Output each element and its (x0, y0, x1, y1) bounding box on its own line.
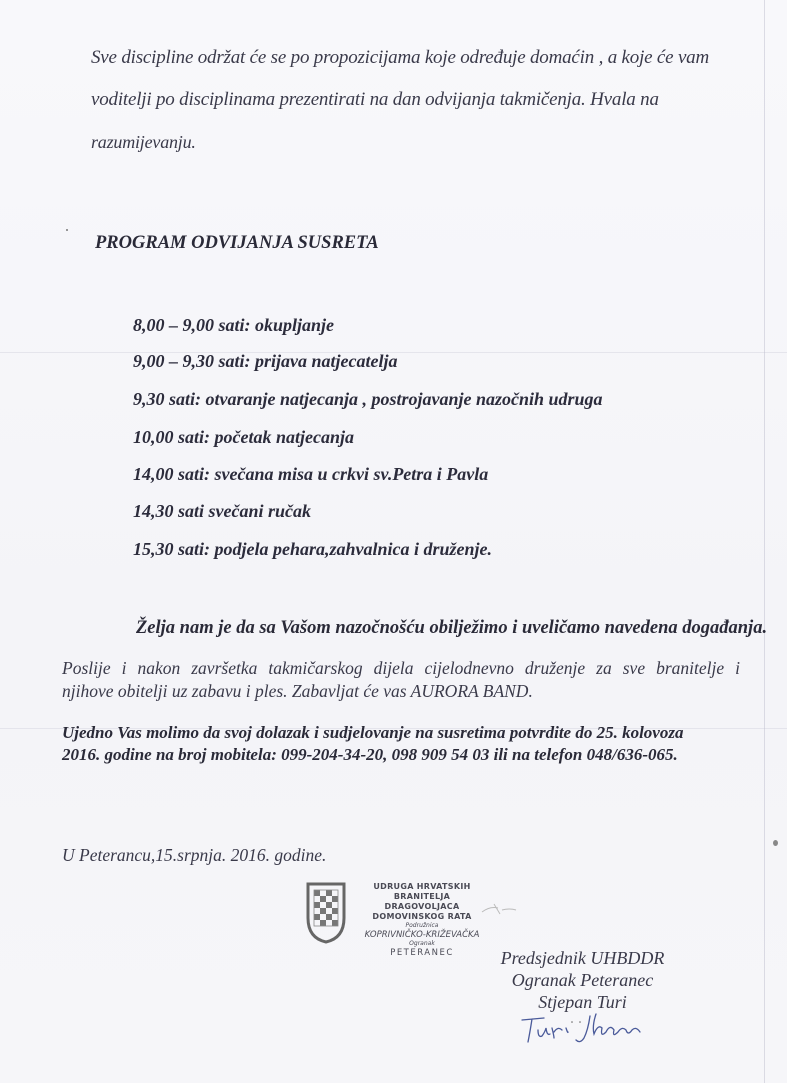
scanned-letter-page: Sve discipline održat će se po propozici… (0, 0, 787, 1083)
handwritten-signature-icon (518, 1010, 658, 1050)
paper-edge (764, 0, 765, 1083)
program-item: 10,00 sati: početak natjecanja (133, 427, 354, 448)
after-party-line: Poslije i nakon završetka takmičarskog d… (62, 658, 740, 679)
stamp-line: Podružnica (352, 922, 492, 930)
stamp-line: UDRUGA HRVATSKIH BRANITELJA (352, 882, 492, 902)
scan-speck (773, 840, 778, 846)
program-item: 14,30 sati svečani ručak (133, 501, 311, 522)
stamp-line: Ogranak (352, 940, 492, 948)
signature-block: Predsjednik UHBDDR Ogranak Peteranec Stj… (480, 947, 685, 1013)
program-item: 15,30 sati: podjela pehara,zahvalnica i … (133, 539, 492, 560)
program-heading: PROGRAM ODVIJANJA SUSRETA (95, 233, 379, 254)
scan-speck (66, 229, 68, 231)
wish-statement: Želja nam je da sa Vašom nazočnošću obil… (136, 618, 767, 639)
stamp-line: KOPRIVNIČKO-KRIŽEVAČKA (352, 930, 492, 940)
program-item: 9,00 – 9,30 sati: prijava natjecatelja (133, 351, 397, 372)
rsvp-line: Ujedno Vas molimo da svoj dolazak i sudj… (62, 723, 683, 743)
program-item: 9,30 sati: otvaranje natjecanja , postro… (133, 389, 603, 410)
intro-line: Sve discipline održat će se po propozici… (91, 47, 709, 69)
intro-line: razumijevanju. (91, 132, 196, 153)
intro-line: voditelji po disciplinama prezentirati n… (91, 89, 659, 111)
stamp-line: PETERANEC (352, 948, 492, 958)
stamp-line: DRAGOVOLJACA DOMOVINSKOG RATA (352, 902, 492, 922)
croatian-coat-of-arms-icon (305, 880, 347, 944)
stamp-text: UDRUGA HRVATSKIH BRANITELJA DRAGOVOLJACA… (352, 882, 492, 958)
signatory-branch: Ogranak Peteranec (480, 969, 685, 991)
pen-mark-icon (480, 898, 520, 918)
rsvp-line: 2016. godine na broj mobitela: 099-204-3… (62, 745, 678, 765)
program-item: 14,00 sati: svečana misa u crkvi sv.Petr… (133, 464, 488, 485)
signatory-title: Predsjednik UHBDDR (480, 947, 685, 969)
organization-stamp: UDRUGA HRVATSKIH BRANITELJA DRAGOVOLJACA… (305, 880, 505, 948)
after-party-line: njihove obitelji uz zabavu i ples. Zabav… (62, 681, 533, 702)
place-date: U Peterancu,15.srpnja. 2016. godine. (62, 845, 326, 866)
program-item: 8,00 – 9,00 sati: okupljanje (133, 315, 334, 336)
